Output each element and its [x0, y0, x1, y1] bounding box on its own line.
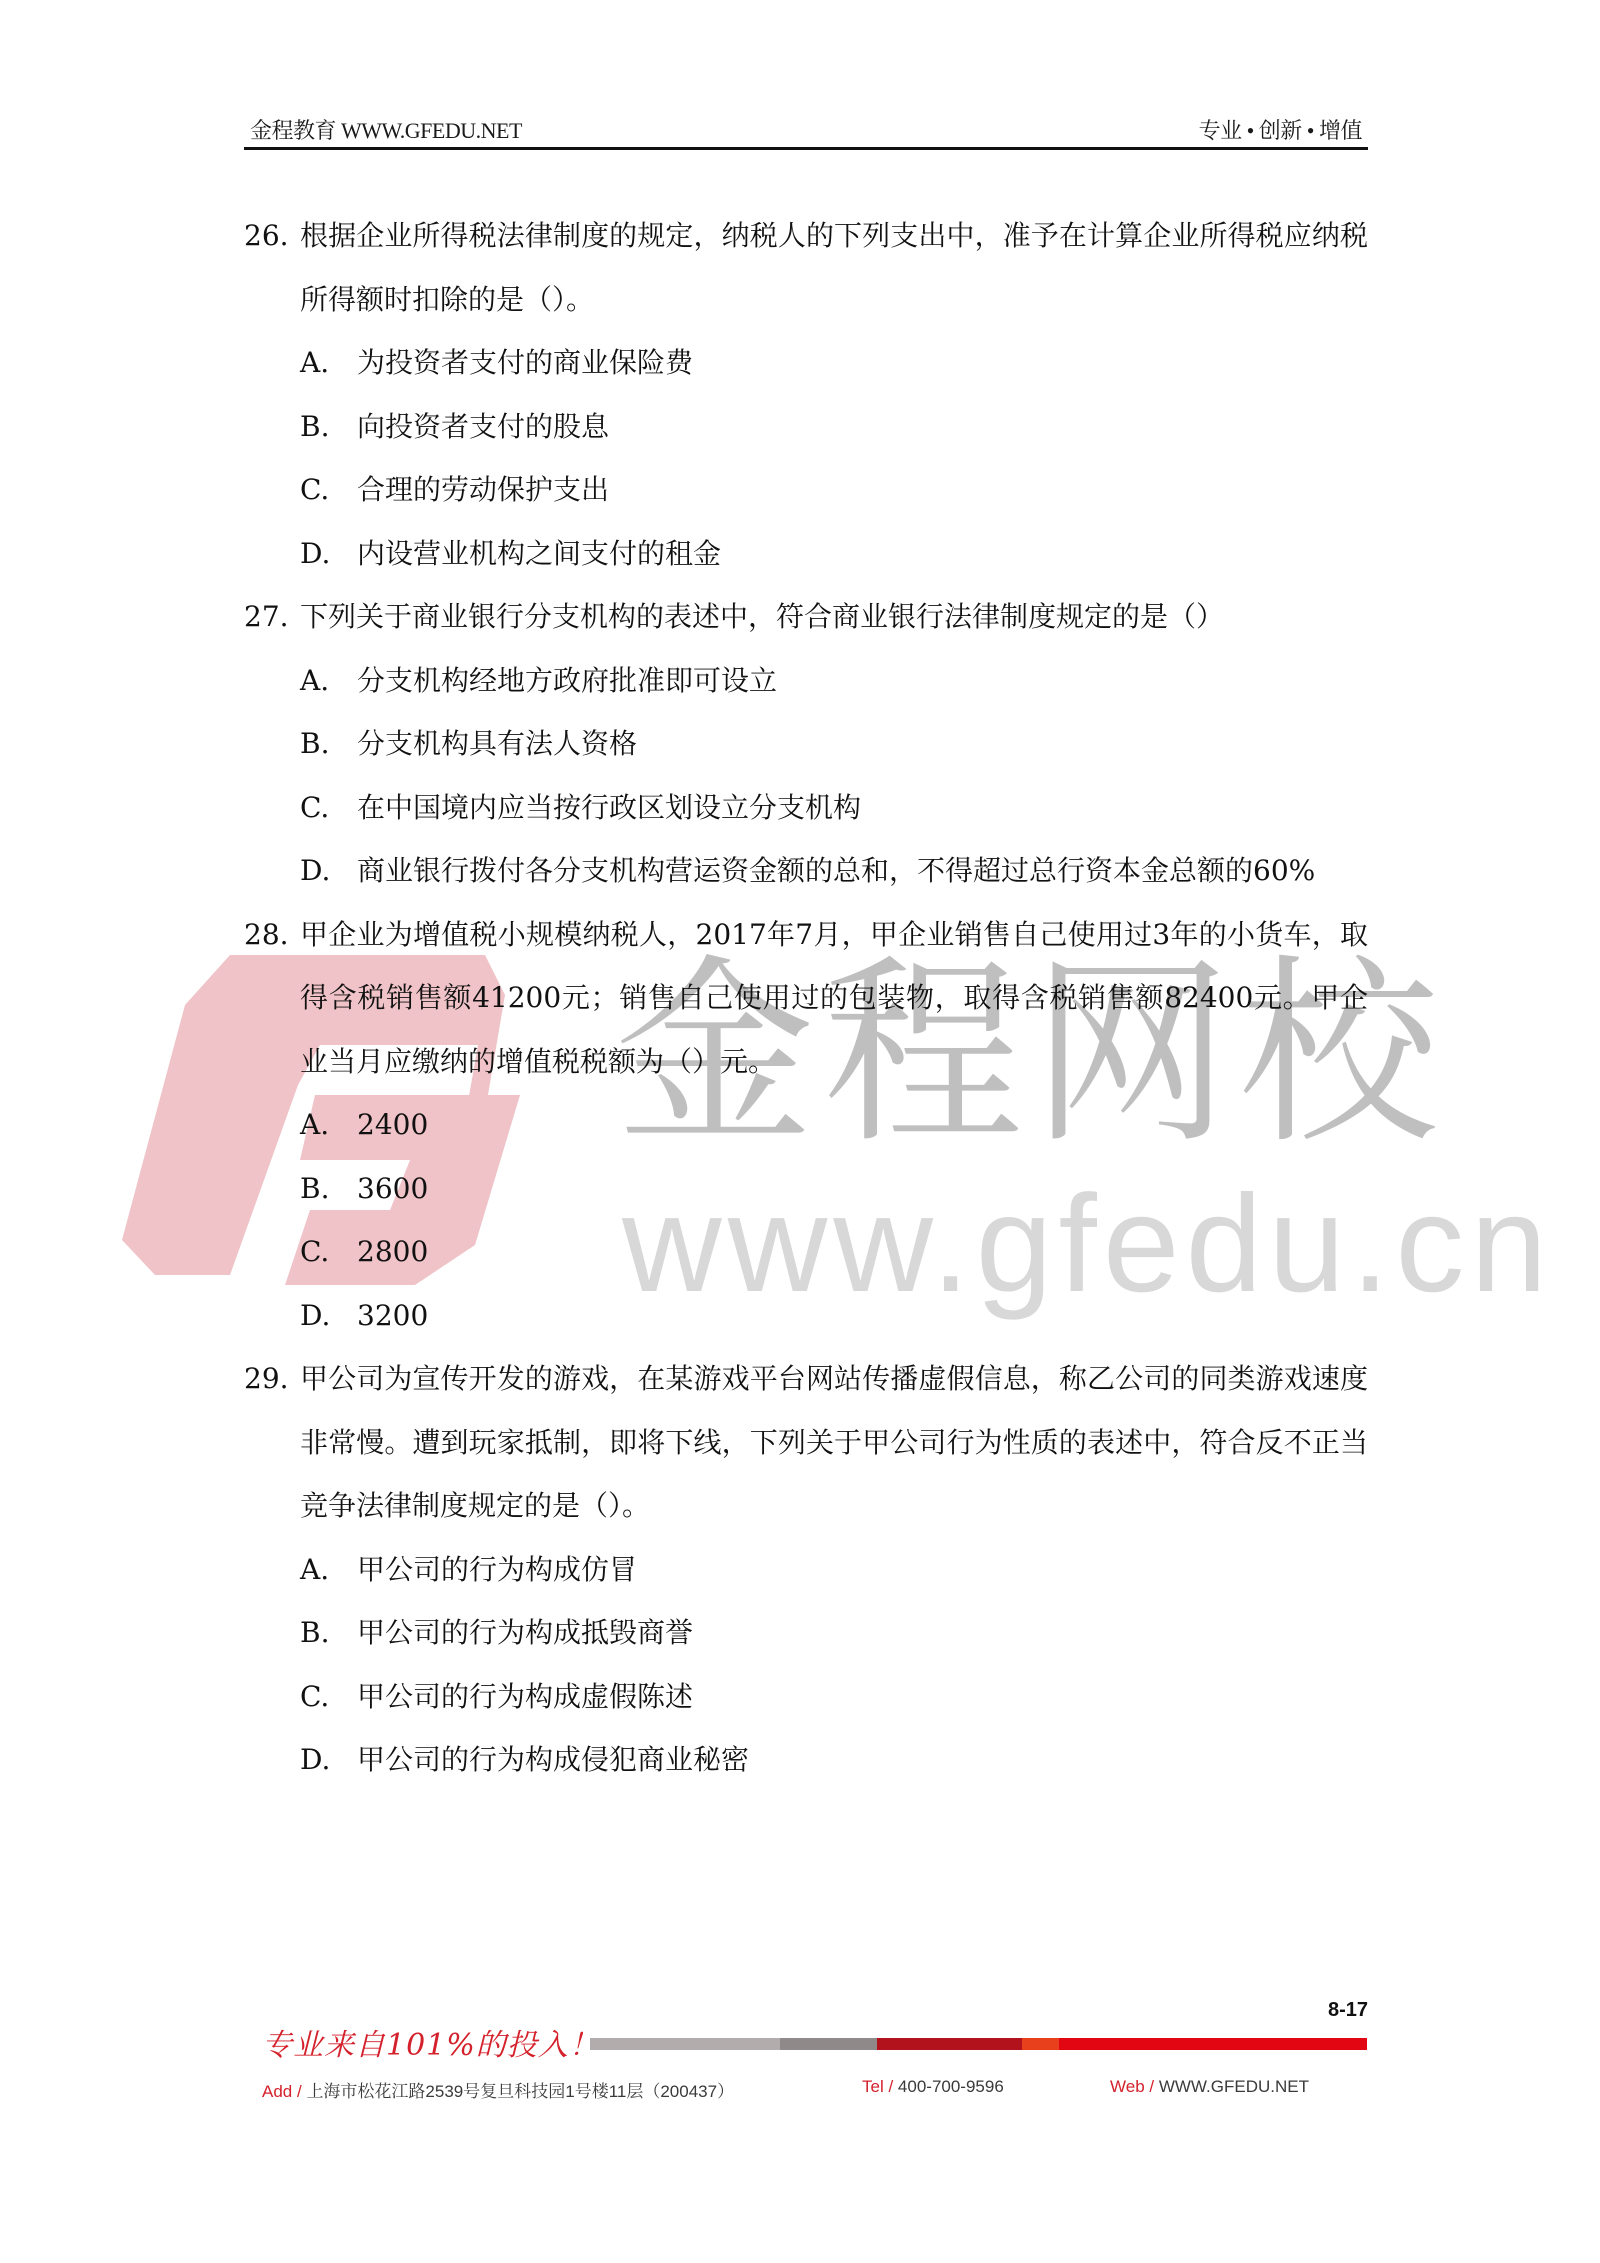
color-bar-segment	[877, 2038, 1022, 2050]
option-letter: C.	[300, 458, 357, 522]
option-d: D. 商业银行拨付各分支机构营运资金额的总和，不得超过总行资本金总额的60%	[244, 839, 1368, 903]
header-brand: 金程教育 WWW.GFEDU.NET	[250, 114, 522, 145]
color-bar-segment	[780, 2038, 877, 2050]
option-text: 甲公司的行为构成虚假陈述	[357, 1665, 1368, 1729]
option-text: 3200	[357, 1284, 1368, 1348]
header-divider	[244, 147, 1368, 150]
color-bar-segment	[590, 2038, 780, 2050]
color-bar-segment	[1022, 2038, 1059, 2050]
option-text: 内设营业机构之间支付的租金	[357, 522, 1368, 586]
option-letter: D.	[300, 522, 357, 586]
option-letter: A.	[300, 331, 357, 395]
option-text: 甲公司的行为构成侵犯商业秘密	[357, 1728, 1368, 1792]
option-c: C. 合理的劳动保护支出	[244, 458, 1368, 522]
footer-web: Web / WWW.GFEDU.NET	[1110, 2077, 1309, 2097]
web-value: WWW.GFEDU.NET	[1159, 2077, 1309, 2096]
option-b: B. 甲公司的行为构成抵毁商誉	[244, 1601, 1368, 1665]
option-text: 甲公司的行为构成仿冒	[357, 1538, 1368, 1602]
option-letter: D.	[300, 1284, 357, 1348]
option-letter: D.	[300, 1728, 357, 1792]
option-letter: A.	[300, 649, 357, 713]
question-29: 29. 甲公司为宣传开发的游戏，在某游戏平台网站传播虚假信息，称乙公司的同类游戏…	[244, 1347, 1368, 1792]
option-letter: D.	[300, 839, 357, 903]
option-letter: A.	[300, 1538, 357, 1602]
option-text: 向投资者支付的股息	[357, 395, 1368, 459]
address-label: Add /	[262, 2082, 302, 2101]
option-b: B. 分支机构具有法人资格	[244, 712, 1368, 776]
page-header: 金程教育 WWW.GFEDU.NET 专业 • 创新 • 增值	[244, 112, 1368, 148]
option-letter: C.	[300, 1665, 357, 1729]
option-letter: B.	[300, 395, 357, 459]
option-text: 2800	[357, 1220, 1368, 1284]
option-letter: C.	[300, 1220, 357, 1284]
option-letter: B.	[300, 1601, 357, 1665]
option-text: 为投资者支付的商业保险费	[357, 331, 1368, 395]
question-number: 26.	[244, 204, 300, 331]
option-letter: B.	[300, 1157, 357, 1221]
option-d: D. 甲公司的行为构成侵犯商业秘密	[244, 1728, 1368, 1792]
option-text: 分支机构经地方政府批准即可设立	[357, 649, 1368, 713]
option-c: C. 2800	[244, 1220, 1368, 1284]
option-a: A. 分支机构经地方政府批准即可设立	[244, 649, 1368, 713]
footer-slogan: 专业来自101%的投入！	[262, 2020, 600, 2064]
option-text: 2400	[357, 1093, 1368, 1157]
option-text: 分支机构具有法人资格	[357, 712, 1368, 776]
option-d: D. 内设营业机构之间支付的租金	[244, 522, 1368, 586]
option-c: C. 甲公司的行为构成虚假陈述	[244, 1665, 1368, 1729]
question-list: 26. 根据企业所得税法律制度的规定，纳税人的下列支出中，准予在计算企业所得税应…	[244, 204, 1368, 1792]
option-text: 在中国境内应当按行政区划设立分支机构	[357, 776, 1368, 840]
question-26: 26. 根据企业所得税法律制度的规定，纳税人的下列支出中，准予在计算企业所得税应…	[244, 204, 1368, 585]
option-b: B. 向投资者支付的股息	[244, 395, 1368, 459]
option-d: D. 3200	[244, 1284, 1368, 1348]
option-text: 3600	[357, 1157, 1368, 1221]
question-stem: 甲公司为宣传开发的游戏，在某游戏平台网站传播虚假信息，称乙公司的同类游戏速度非常…	[300, 1347, 1368, 1538]
option-c: C. 在中国境内应当按行政区划设立分支机构	[244, 776, 1368, 840]
tel-value: 400-700-9596	[898, 2077, 1004, 2096]
page-number: 8-17	[1328, 1999, 1368, 2022]
question-number: 27.	[244, 585, 300, 649]
question-28: 28. 甲企业为增值税小规模纳税人，2017年7月，甲企业销售自己使用过3年的小…	[244, 903, 1368, 1348]
option-letter: C.	[300, 776, 357, 840]
question-number: 28.	[244, 903, 300, 1094]
footer-color-bar	[590, 2038, 1367, 2050]
web-label: Web /	[1110, 2077, 1154, 2096]
tel-label: Tel /	[862, 2077, 893, 2096]
question-stem: 下列关于商业银行分支机构的表述中，符合商业银行法律制度规定的是（）	[300, 585, 1368, 649]
option-text: 商业银行拨付各分支机构营运资金额的总和，不得超过总行资本金总额的60%	[357, 839, 1368, 903]
question-stem: 甲企业为增值税小规模纳税人，2017年7月，甲企业销售自己使用过3年的小货车，取…	[300, 903, 1368, 1094]
option-a: A. 2400	[244, 1093, 1368, 1157]
question-stem: 根据企业所得税法律制度的规定，纳税人的下列支出中，准予在计算企业所得税应纳税所得…	[300, 204, 1368, 331]
option-letter: A.	[300, 1093, 357, 1157]
option-a: A. 为投资者支付的商业保险费	[244, 331, 1368, 395]
option-letter: B.	[300, 712, 357, 776]
option-text: 合理的劳动保护支出	[357, 458, 1368, 522]
option-b: B. 3600	[244, 1157, 1368, 1221]
question-27: 27. 下列关于商业银行分支机构的表述中，符合商业银行法律制度规定的是（） A.…	[244, 585, 1368, 903]
color-bar-segment	[1059, 2038, 1367, 2050]
question-number: 29.	[244, 1347, 300, 1538]
footer-address: Add / 上海市松花江路2539号复旦科技园1号楼11层（200437）	[262, 2077, 734, 2102]
header-tagline: 专业 • 创新 • 增值	[1199, 114, 1362, 145]
footer-tel: Tel / 400-700-9596	[862, 2077, 1004, 2097]
address-value: 上海市松花江路2539号复旦科技园1号楼11层（200437）	[306, 2082, 734, 2101]
option-a: A. 甲公司的行为构成仿冒	[244, 1538, 1368, 1602]
option-text: 甲公司的行为构成抵毁商誉	[357, 1601, 1368, 1665]
